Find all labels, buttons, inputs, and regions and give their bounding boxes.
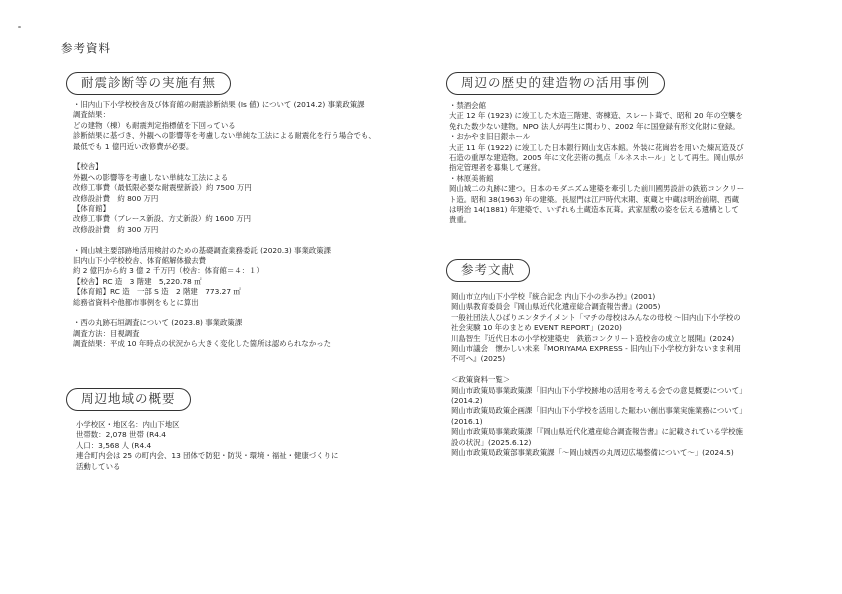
area-overview-content: 小学校区・地区名：内山下地区 世帯数：2,078 世帯 (R4.4 人口：3,5… <box>76 420 338 472</box>
page-title: 参考資料 <box>61 40 111 56</box>
reference-item: 岡山市立内山下小学校『統合記念 内山下小の歩み抄』(2001) <box>451 292 746 302</box>
reference-item: 不可へ』(2025) <box>451 354 746 364</box>
seismic-diagnosis-content: ・旧内山下小学校校舎及び体育館の耐震診断結果 (Is 値) について (2014… <box>73 100 376 350</box>
policy-item: 岡山市政策局政策部事業政策課「～岡山城西の丸周辺広場整備について～」(2024.… <box>451 448 746 458</box>
school-label: 【校舎】 <box>73 162 376 172</box>
policy-item: (2014.2) <box>451 396 746 406</box>
building-name: ・林原美術館 <box>449 174 744 184</box>
item-heading: ・岡山城主要部跡地活用検討のための基礎調査業務委託 (2020.3) 事業政策課 <box>73 246 376 256</box>
building-name: ・おかやま旧日銀ホール <box>449 132 744 142</box>
references-content: 岡山市立内山下小学校『統合記念 内山下小の歩み抄』(2001) 岡山県教育委員会… <box>451 292 746 458</box>
policy-item: 設の状況」(2025.6.12) <box>451 438 746 448</box>
reference-item: 社会実験 10 年のまとめ EVENT REPORT」(2020) <box>451 323 746 333</box>
reference-item: 川島智生『近代日本の小学校建築史 鉄筋コンクリート造校舎の成立と展開』(2024… <box>451 334 746 344</box>
item-heading: ・旧内山下小学校校舎及び体育館の耐震診断結果 (Is 値) について (2014… <box>73 100 376 110</box>
section-title-historic-buildings: 周辺の歴史的建造物の活用事例 <box>446 72 665 95</box>
policy-item: (2016.1) <box>451 417 746 427</box>
building-name: ・禁酒会館 <box>449 101 744 111</box>
reference-item: 一般社団法人ひばりエンタテイメント「マチの母校はみんなの母校 ～旧内山下小学校の <box>451 313 746 323</box>
policy-item: 岡山市政策局政策企画課「旧内山下小学校を活用した賑わい創出事業実施業務について」 <box>451 406 746 416</box>
policy-item: 岡山市政策局事業政策課「旧内山下小学校跡地の活用を考える会での意見概要について」 <box>451 386 746 396</box>
scan-artifact <box>18 26 21 28</box>
section-title-references: 参考文献 <box>446 259 530 282</box>
gym-label: 【体育館】 <box>73 204 376 214</box>
reference-item: 岡山県教育委員会『岡山県近代化遺産総合調査報告書』(2005) <box>451 302 746 312</box>
historic-buildings-content: ・禁酒会館 大正 12 年 (1923) に竣工した木造三階建、寄棟造、スレート… <box>449 101 744 226</box>
reference-item: 岡山市議会 懐かしい未来『MORIYAMA EXPRESS - 旧内山下小学校方… <box>451 344 746 354</box>
policy-heading: ＜政策資料一覧＞ <box>451 375 746 385</box>
item-heading: ・西の丸跡石垣調査について (2023.8) 事業政策課 <box>73 318 376 328</box>
policy-item: 岡山市政策局事業政策課「『岡山県近代化遺産総合調査報告書』に記載されている学校施 <box>451 427 746 437</box>
section-title-seismic-diagnosis: 耐震診断等の実施有無 <box>66 72 231 95</box>
section-title-area-overview: 周辺地域の概要 <box>66 388 191 411</box>
